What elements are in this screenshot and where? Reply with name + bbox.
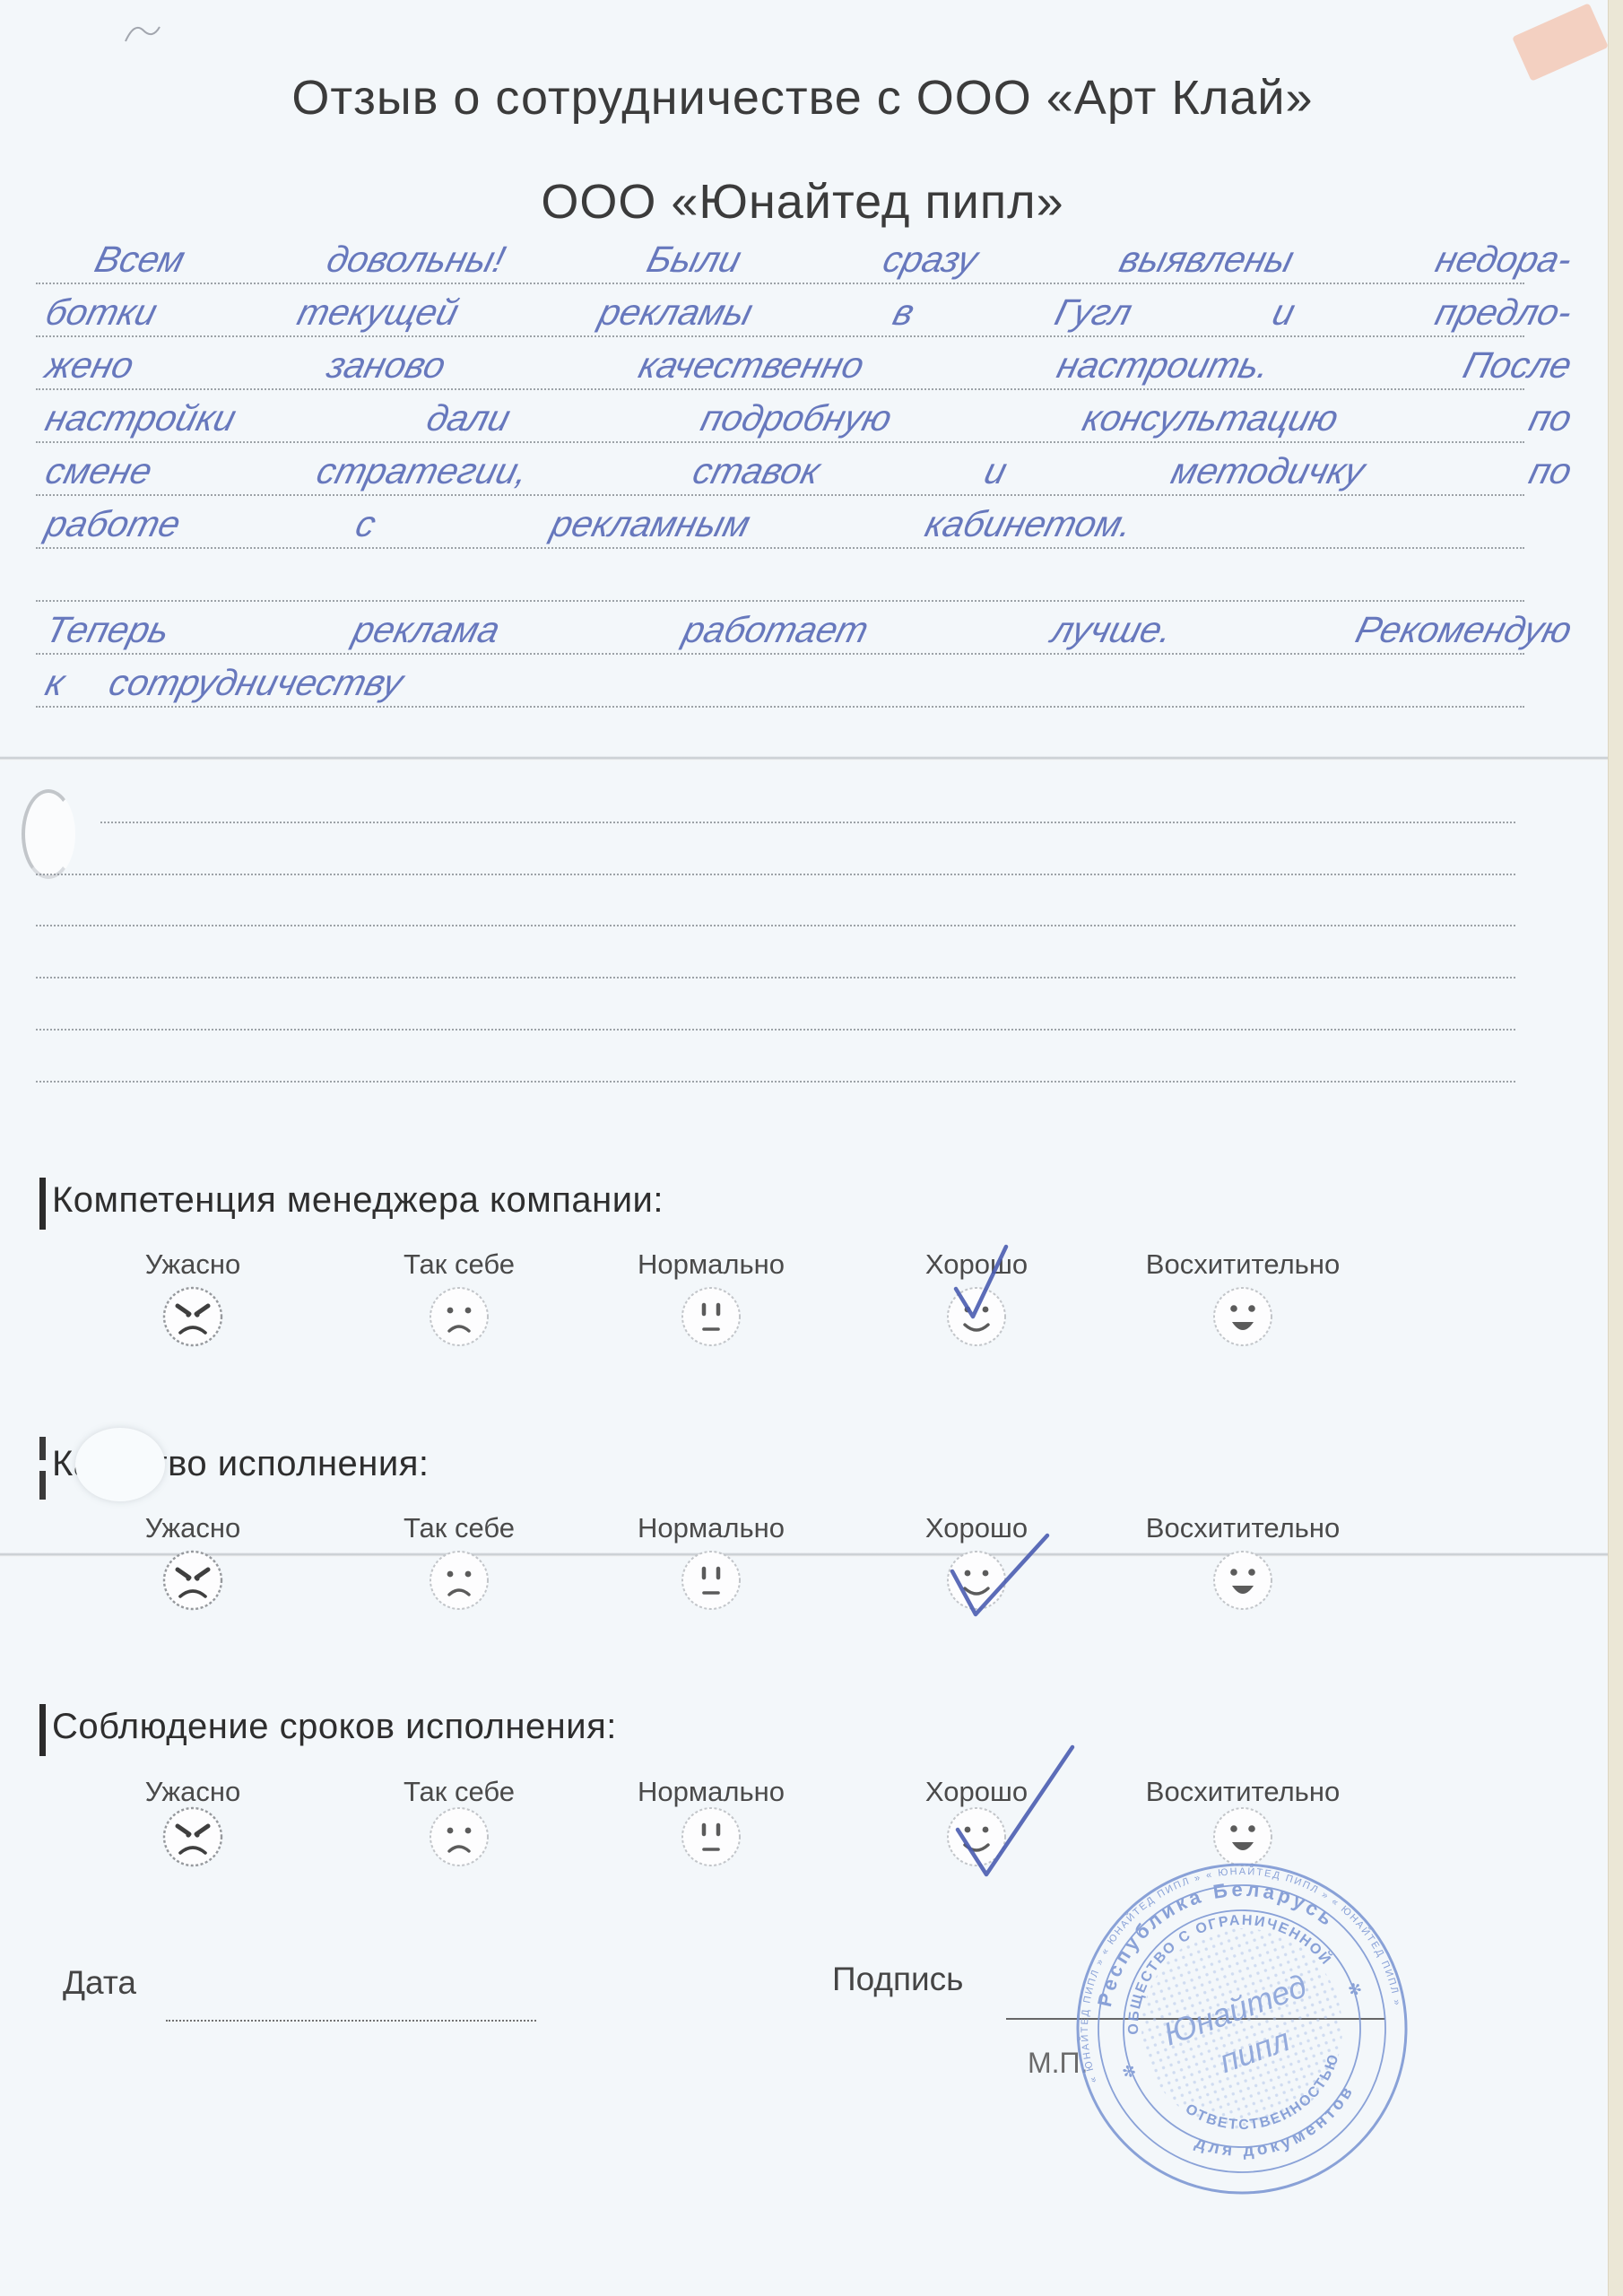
heading-marker-bar — [39, 1471, 46, 1500]
sad-face-icon — [427, 1548, 491, 1613]
grin-face-icon — [1211, 1548, 1275, 1613]
ruled-line — [36, 600, 1524, 602]
rating-option-label: Нормально — [568, 1776, 855, 1808]
rating-option-label: Нормально — [568, 1248, 855, 1281]
sad-face-icon — [427, 1805, 491, 1869]
handwritten-line: Всем довольны! Были сразу выявлены недор… — [40, 234, 1577, 284]
rating-option-label: Ужасно — [49, 1512, 336, 1544]
heading-marker-bar — [39, 1704, 46, 1756]
rating-option-label: Восхитительно — [1099, 1512, 1386, 1544]
rating-option-label: Так себе — [316, 1248, 603, 1281]
heading-marker-bar — [39, 1437, 46, 1460]
rating-option-label: Так себе — [316, 1512, 603, 1544]
pen-checkmark — [942, 1238, 1022, 1327]
page-title: Отзыв о сотрудничестве с ООО «Арт Клай» — [0, 70, 1605, 126]
signature-label: Подпись — [832, 1961, 963, 1998]
ruled-line — [100, 822, 1515, 823]
angry-face-icon — [161, 1284, 225, 1349]
handwritten-line: жено заново качественно настроить. После — [40, 340, 1577, 390]
handwritten-line: смене стратегии, ставок и методичку по — [40, 446, 1577, 496]
stamp-star-left: ✻ — [1120, 2061, 1139, 2083]
handwritten-line: настройки дали подробную консультацию по — [40, 393, 1577, 443]
pen-checkmark — [942, 1525, 1058, 1623]
whiteout-smudge — [75, 1428, 165, 1501]
company-round-stamp: « ЮНАЙТЕД ПИПЛ » « ЮНАЙТЕД ПИПЛ » « ЮНАЙ… — [1012, 1799, 1472, 2259]
stamp-star-right: ✻ — [1346, 1979, 1365, 2000]
scanner-edge-strip — [1608, 0, 1623, 2296]
neutral-face-icon — [679, 1284, 743, 1349]
ruled-line — [36, 1029, 1515, 1031]
hole-punch-mark — [22, 789, 75, 879]
stray-pen-mark — [122, 18, 163, 48]
handwritten-line: работе с рекламным кабинетом. — [40, 499, 1138, 549]
date-line — [166, 2020, 536, 2022]
rating-option-label: Ужасно — [49, 1776, 336, 1808]
handwritten-line: ботки текущей рекламы в Гугл и предло- — [40, 287, 1577, 337]
handwritten-line: к сотрудничеству — [40, 657, 1577, 708]
rating-section-title: Соблюдение сроков исполнения: — [52, 1707, 617, 1747]
rating-section-title: Компетенция менеджера компании: — [52, 1180, 664, 1221]
pen-checkmark — [946, 1740, 1081, 1883]
angry-face-icon — [161, 1548, 225, 1613]
rating-option-label: Нормально — [568, 1512, 855, 1544]
handwritten-line: Теперь реклама работает лучше. Рекоменду… — [40, 604, 1577, 655]
angry-face-icon — [161, 1805, 225, 1869]
sad-face-icon — [427, 1284, 491, 1349]
scanned-review-form: Отзыв о сотрудничестве с ООО «Арт Клай» … — [0, 0, 1623, 2296]
ruled-line — [36, 977, 1515, 978]
neutral-face-icon — [679, 1805, 743, 1869]
date-label: Дата — [63, 1964, 136, 2002]
neutral-face-icon — [679, 1548, 743, 1613]
ruled-line — [36, 874, 1515, 875]
rating-option-label: Восхитительно — [1099, 1248, 1386, 1281]
ruled-line — [36, 925, 1515, 926]
company-subtitle: ООО «Юнайтед пипл» — [0, 174, 1605, 230]
ruled-line — [36, 1081, 1515, 1083]
rating-option-label: Ужасно — [49, 1248, 336, 1281]
heading-marker-bar — [39, 1178, 46, 1230]
grin-face-icon — [1211, 1284, 1275, 1349]
paper-crease — [0, 756, 1608, 761]
rating-option-label: Так себе — [316, 1776, 603, 1808]
paper-crease — [0, 1552, 1608, 1557]
